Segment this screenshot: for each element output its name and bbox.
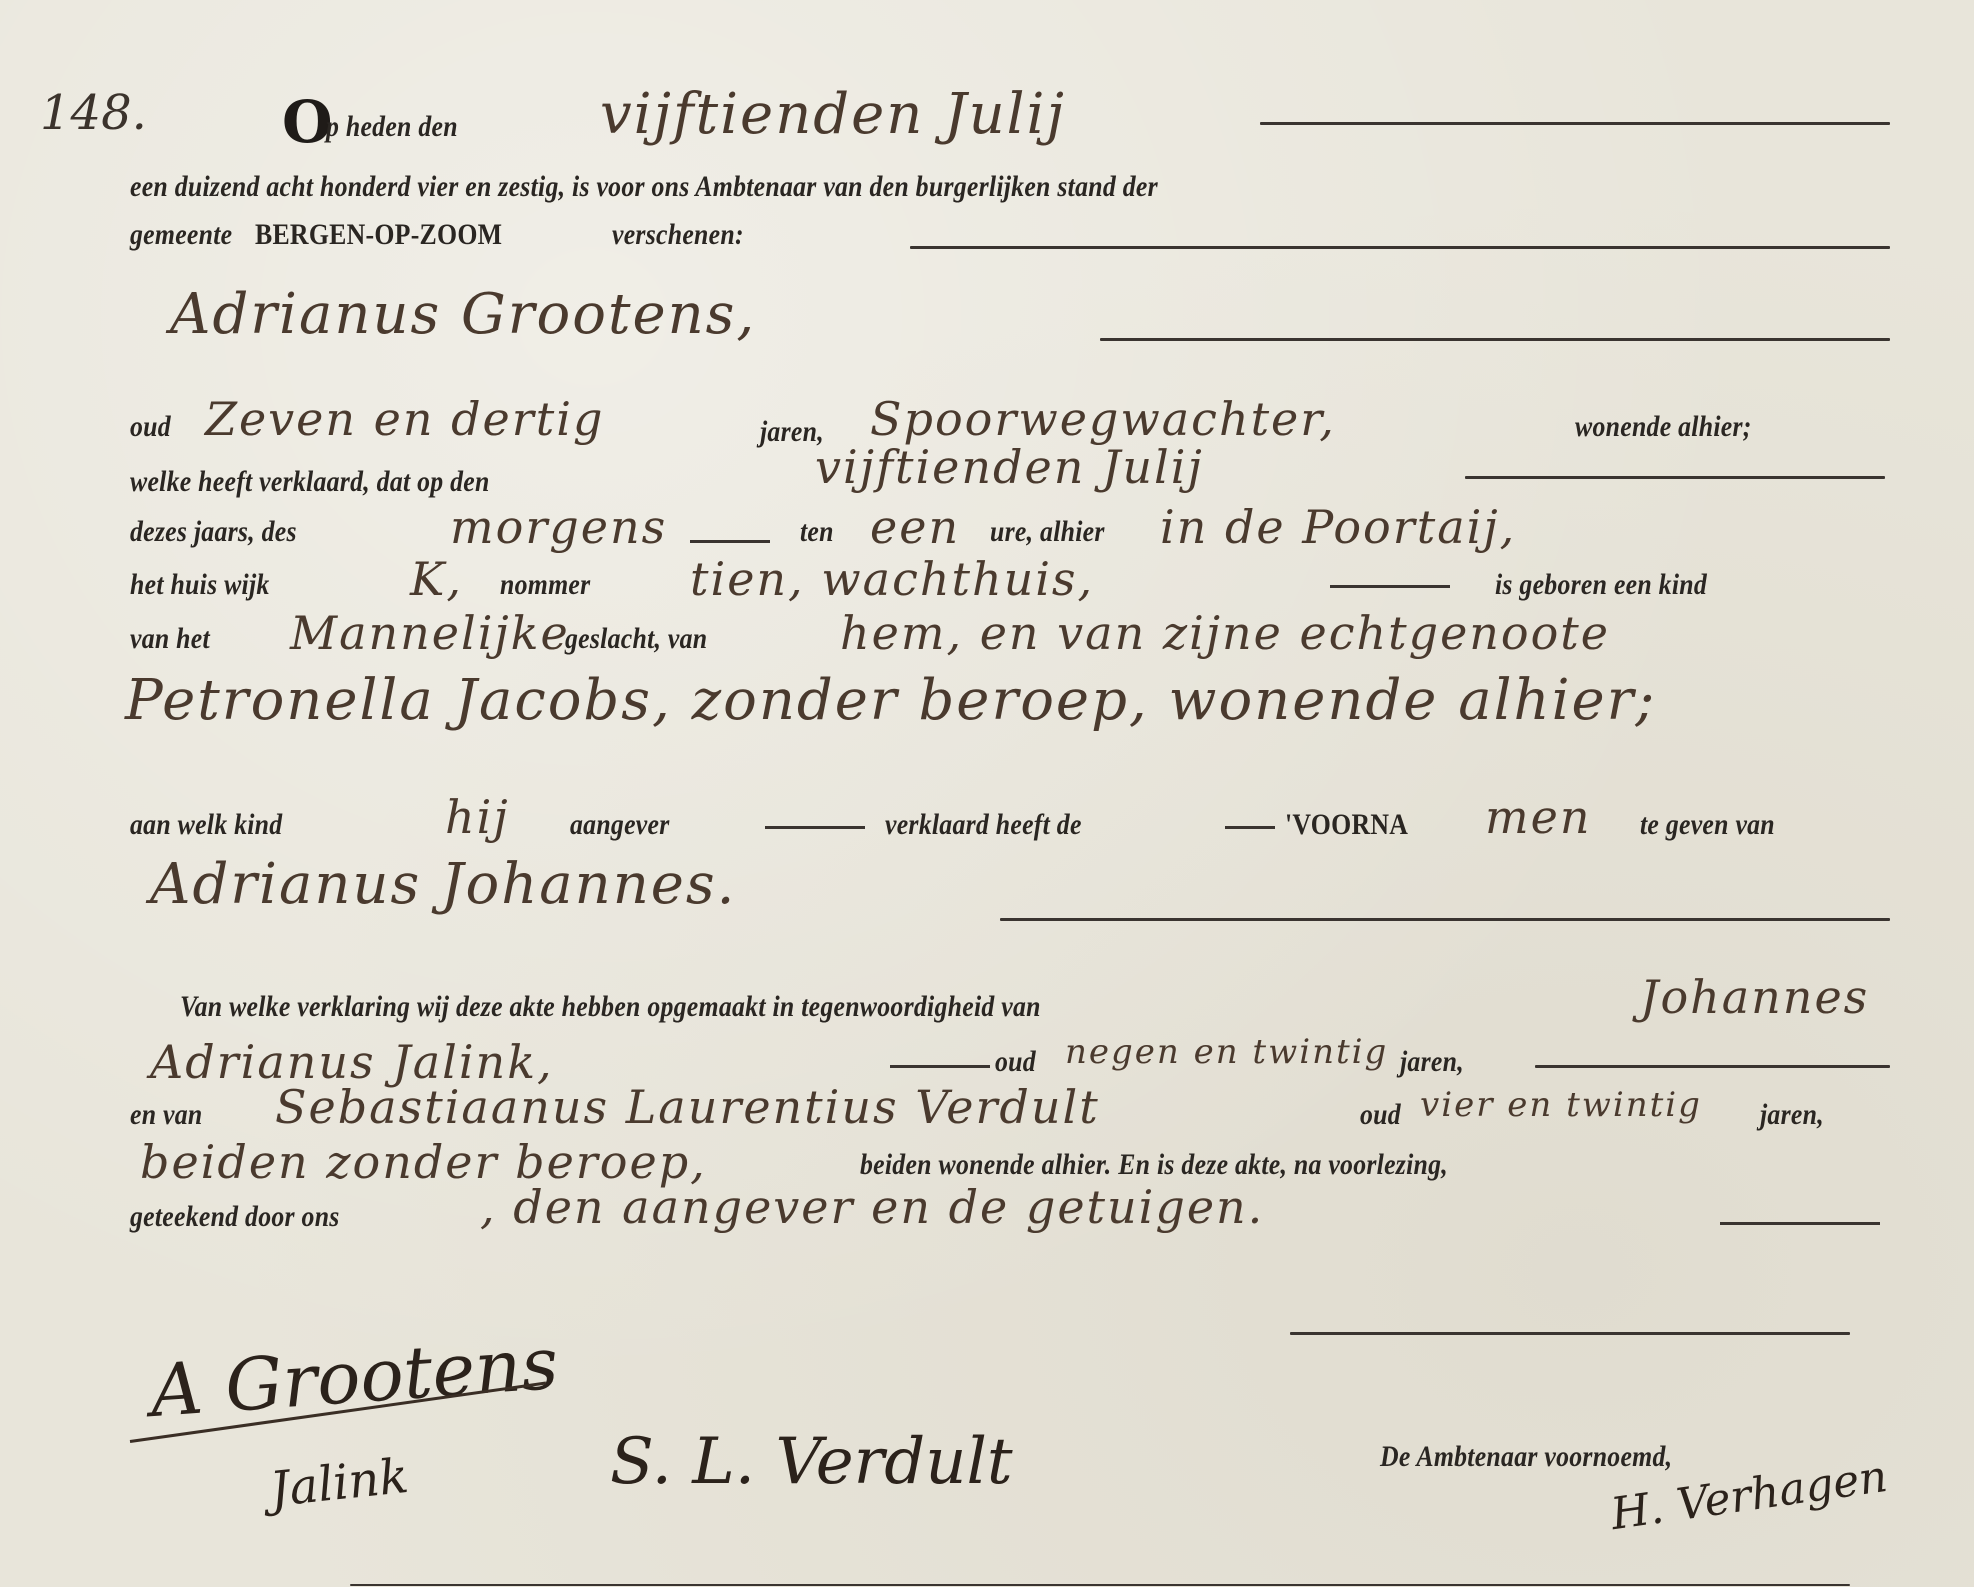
fill-dash [1330, 585, 1450, 588]
fill-line [1465, 476, 1885, 479]
handwritten-location: in de Poortaij, [1160, 500, 1516, 554]
handwritten-occupation: Spoorwegwachter, [870, 392, 1336, 446]
printed-text: p heden den [326, 110, 458, 144]
printed-text: geslacht, van [565, 622, 707, 656]
fill-line [1000, 918, 1890, 921]
printed-text: ure, alhier [990, 515, 1105, 549]
handwritten-hour: een [870, 500, 960, 554]
fill-dash [1225, 826, 1275, 829]
handwritten-witness2-age: vier en twintig [1420, 1085, 1702, 1125]
handwritten-district: K, [410, 552, 463, 606]
fill-dash [690, 540, 770, 543]
handwritten-signatories: , den aangever en de getuigen. [480, 1180, 1264, 1234]
printed-text: oud [1360, 1098, 1401, 1132]
printed-text: gemeente [130, 218, 232, 252]
handwritten-age: Zeven en dertig [205, 392, 604, 446]
bottom-border-line [350, 1584, 1850, 1586]
printed-text: ten [800, 515, 834, 549]
signature-witness2: S. L. Verdult [610, 1425, 1013, 1499]
printed-text: jaren, [1400, 1045, 1464, 1079]
printed-text: te geven van [1640, 808, 1775, 842]
fill-dash [1720, 1222, 1880, 1225]
act-number: 148. [40, 85, 147, 141]
handwritten-house-number: tien, wachthuis, [690, 552, 1094, 606]
printed-text: verklaard heeft de [885, 808, 1082, 842]
printed-text: is geboren een kind [1495, 568, 1707, 602]
printed-text: oud [995, 1045, 1036, 1079]
handwritten-declarant-name: Adrianus Grootens, [170, 282, 756, 347]
handwritten-plural: men [1485, 790, 1591, 844]
handwritten-date: vijftienden Julij [600, 82, 1066, 147]
printed-text: nommer [500, 568, 590, 602]
handwritten-time-of-day: morgens [450, 500, 667, 554]
printed-text: van het [130, 622, 210, 656]
drop-initial: O [282, 88, 333, 156]
printed-text: oud [130, 410, 171, 444]
printed-text: en van [130, 1098, 203, 1132]
handwritten-witness1-age: negen en twintig [1065, 1032, 1388, 1072]
printed-text: welke heeft verklaard, dat op den [130, 465, 490, 499]
handwritten-sex: Mannelijke [290, 606, 570, 660]
fill-line [1100, 338, 1890, 341]
fill-dash [890, 1065, 990, 1068]
printed-text: aan welk kind [130, 808, 282, 842]
fill-line [1260, 122, 1890, 125]
official-label: De Ambtenaar voornoemd, [1380, 1440, 1672, 1474]
handwritten-who: hij [445, 790, 510, 844]
printed-text: aangever [570, 808, 670, 842]
fill-line [1290, 1332, 1850, 1335]
printed-text: beiden wonende alhier. En is deze akte, … [860, 1148, 1448, 1182]
handwritten-child-name: Adrianus Johannes. [150, 852, 736, 917]
printed-text: het huis wijk [130, 568, 270, 602]
printed-text: Van welke verklaring wij deze akte hebbe… [180, 990, 1041, 1024]
fill-line [910, 246, 1890, 249]
handwritten-mother-details: Petronella Jacobs, zonder beroep, wonend… [125, 668, 1656, 733]
printed-text: een duizend acht honderd vier en zestig,… [130, 170, 1158, 204]
printed-caps: 'VOORNA [1285, 808, 1408, 842]
printed-text: wonende alhier; [1575, 410, 1752, 444]
handwritten-parent-text: hem, en van zijne echtgenoote [840, 606, 1610, 660]
municipality-name: BERGEN-OP-ZOOM [255, 218, 502, 252]
fill-line [1535, 1065, 1890, 1068]
handwritten-witness1-first: Johannes [1640, 970, 1869, 1024]
fill-dash [765, 826, 865, 829]
handwritten-birth-date: vijftienden Julij [815, 440, 1204, 494]
printed-text: geteekend door ons [130, 1200, 340, 1234]
handwritten-witness2-name: Sebastiaanus Laurentius Verdult [275, 1080, 1100, 1134]
printed-text: dezes jaars, des [130, 515, 297, 549]
printed-text: verschenen: [612, 218, 744, 252]
printed-text: jaren, [1760, 1098, 1824, 1132]
